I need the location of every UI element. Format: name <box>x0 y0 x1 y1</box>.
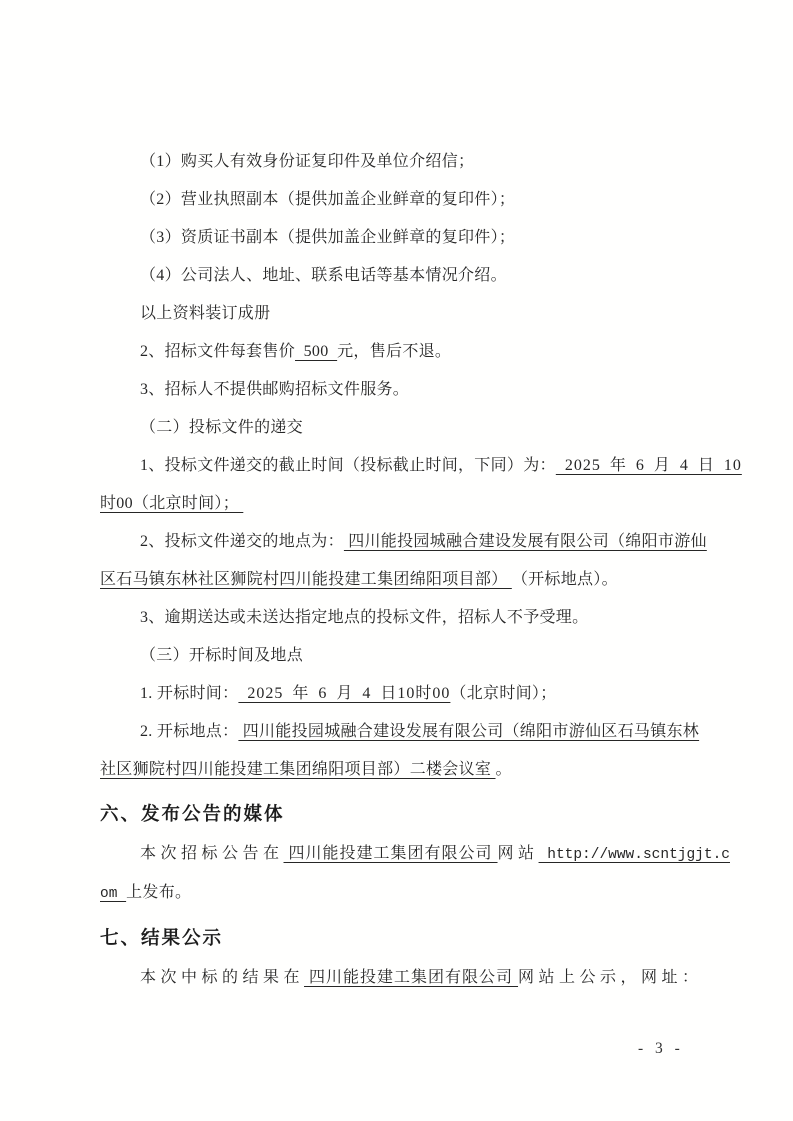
open-time-text-post: （北京时间）； <box>450 685 556 702</box>
deadline-time-underlined: 时00（北京时间）； <box>100 495 243 512</box>
submission-deadline-line-1: 1、投标文件递交的截止时间（投标截止时间，下同）为： 2025 年 6 月 4 … <box>100 447 725 485</box>
bid-opening-time-line: 1. 开标时间： 2025 年 6 月 4 日10时00（北京时间）； <box>100 675 725 713</box>
deadline-date-underlined: 2025 年 6 月 4 日 10 <box>556 457 742 474</box>
late-delivery-line: 3、逾期送达或未送达指定地点的投标文件，招标人不予受理。 <box>100 599 725 637</box>
submit-place-address-underlined: 区石马镇东林社区狮院村四川能投建工集团绵阳项目部） <box>100 571 512 588</box>
bid-opening-place-line-2: 社区狮院村四川能投建工集团绵阳项目部）二楼会议室 。 <box>100 751 725 789</box>
deadline-text-pre: 1、投标文件递交的截止时间（投标截止时间，下同）为： <box>140 457 556 474</box>
open-time-date-underlined: 2025 年 6 月 4 日10时00 <box>238 685 450 702</box>
submit-place-text-pre: 2、投标文件递交的地点为： <box>140 533 344 550</box>
announce-text-mid: 网站 <box>498 845 539 862</box>
announcement-media-line-2: om 上发布。 <box>100 874 725 913</box>
submission-place-line-2: 区石马镇东林社区狮院村四川能投建工集团绵阳项目部） （开标地点）。 <box>100 561 725 599</box>
page-number: - 3 - <box>638 1040 684 1058</box>
list-item-4: （4）公司法人、地址、联系电话等基本情况介绍。 <box>100 257 725 295</box>
list-item-3: （3）资质证书副本（提供加盖企业鲜章的复印件）； <box>100 219 725 257</box>
result-text-pre: 本次中标的结果在 <box>140 969 304 986</box>
open-place-address-underlined: 社区狮院村四川能投建工集团绵阳项目部）二楼会议室 <box>100 761 496 778</box>
announce-text-pre: 本次招标公告在 <box>140 845 284 862</box>
announce-url-underlined: http://www.scntjgjt.c <box>539 847 730 863</box>
section-2-subheading: （二）投标文件的递交 <box>100 409 725 447</box>
section-7-heading: 七、结果公示 <box>100 919 725 957</box>
price-value-underlined: 500 <box>295 343 337 360</box>
submission-place-line-1: 2、投标文件递交的地点为： 四川能投园城融合建设发展有限公司（绵阳市游仙 <box>100 523 725 561</box>
result-text-post: 网站上公示，网址： <box>518 969 703 986</box>
open-place-text-pre: 2. 开标地点： <box>140 723 238 740</box>
bid-opening-place-line-1: 2. 开标地点： 四川能投园城融合建设发展有限公司（绵阳市游仙区石马镇东林 <box>100 713 725 751</box>
open-place-text-post: 。 <box>496 761 512 778</box>
result-company-underlined: 四川能投建工集团有限公司 <box>304 969 518 986</box>
announcement-media-line-1: 本次招标公告在 四川能投建工集团有限公司 网站 http://www.scntj… <box>100 835 725 874</box>
section-6-heading: 六、发布公告的媒体 <box>100 795 725 833</box>
list-item-2: （2）营业执照副本（提供加盖企业鲜章的复印件）； <box>100 181 725 219</box>
list-item-1: （1）购买人有效身份证复印件及单位介绍信； <box>100 143 725 181</box>
binding-note-line: 以上资料装订成册 <box>100 295 725 333</box>
submit-place-company-underlined: 四川能投园城融合建设发展有限公司（绵阳市游仙 <box>344 533 707 550</box>
open-place-company-underlined: 四川能投园城融合建设发展有限公司（绵阳市游仙区石马镇东林 <box>238 723 699 740</box>
document-price-line: 2、招标文件每套售价 500 元，售后不退。 <box>100 333 725 371</box>
open-time-text-pre: 1. 开标时间： <box>140 685 238 702</box>
submit-place-text-post: （开标地点）。 <box>512 571 618 588</box>
price-text-post: 元，售后不退。 <box>337 343 451 360</box>
price-text-pre: 2、招标文件每套售价 <box>140 343 295 360</box>
announce-text-post: 上发布。 <box>126 884 191 901</box>
submission-deadline-line-2: 时00（北京时间）； <box>100 485 725 523</box>
section-3-subheading: （三）开标时间及地点 <box>100 637 725 675</box>
announce-company-underlined: 四川能投建工集团有限公司 <box>284 845 498 862</box>
announce-url-continuation-underlined: om <box>100 886 126 902</box>
result-publicity-line: 本次中标的结果在 四川能投建工集团有限公司 网站上公示，网址： <box>100 959 725 997</box>
document-body: （1）购买人有效身份证复印件及单位介绍信； （2）营业执照副本（提供加盖企业鲜章… <box>100 143 725 997</box>
document-page: （1）购买人有效身份证复印件及单位介绍信； （2）营业执照副本（提供加盖企业鲜章… <box>0 0 793 1121</box>
no-mail-order-line: 3、招标人不提供邮购招标文件服务。 <box>100 371 725 409</box>
